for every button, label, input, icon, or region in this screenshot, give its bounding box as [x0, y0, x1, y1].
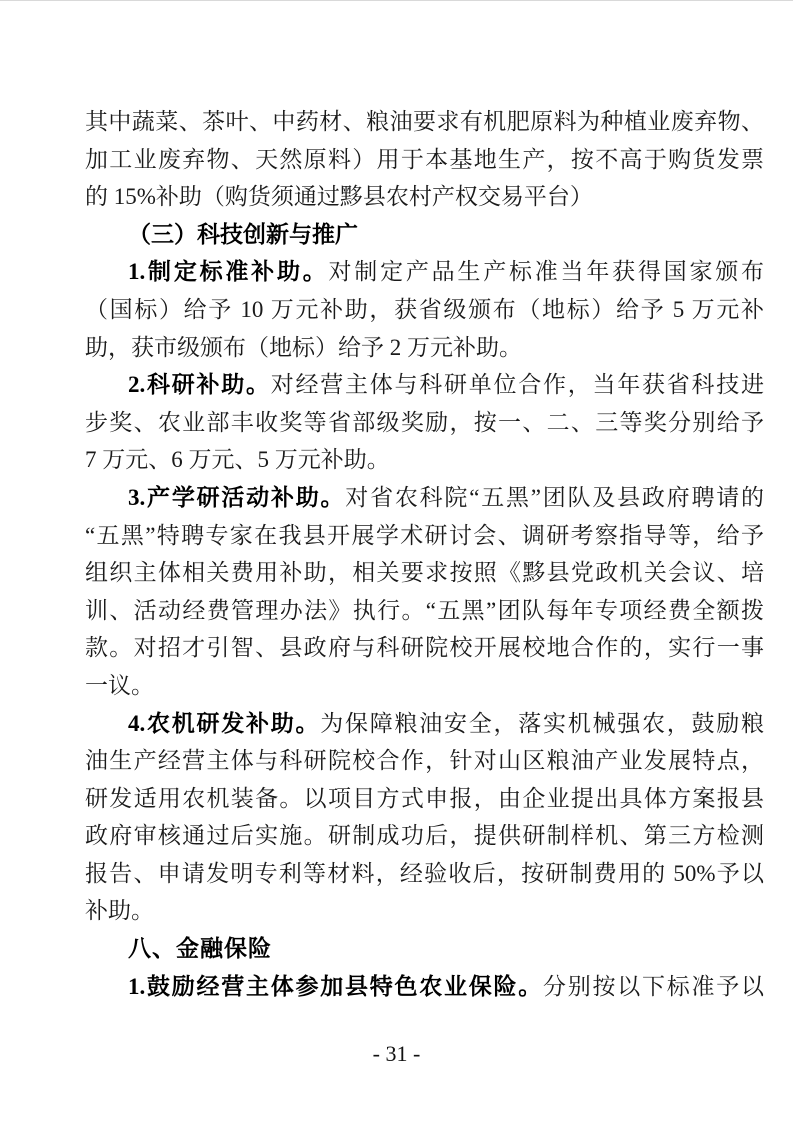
text-run: 其中蔬菜、茶叶、中药材、粮油要求有机肥原料为种植业废弃物、 — [85, 109, 764, 134]
text-run: 步奖、农业部丰收奖等省部级奖励，按一、二、三等奖分别给予 — [85, 410, 764, 435]
text-run: 油生产经营主体与科研院校合作，针对山区粮油产业发展特点， — [85, 748, 764, 773]
text-run: 一议。 — [85, 673, 154, 698]
text-run: 对制定产品生产标准当年获得国家颁布 — [329, 259, 765, 284]
page-number: - 31 - — [0, 1041, 793, 1067]
text-run: 分别按以下标准予以 — [543, 974, 764, 999]
text-line: （国标）给予 10 万元补助，获省级颁布（地标）给予 5 万元补 — [85, 291, 764, 329]
bold-run: 3.产学研活动补助。 — [128, 485, 345, 510]
text-run: 补助。 — [85, 898, 154, 923]
text-line: 加工业废弃物、天然原料）用于本基地生产，按不高于购货发票 — [85, 141, 764, 179]
text-run: 对经营主体与科研单位合作，当年获省科技进 — [271, 372, 764, 397]
text-run: 政府审核通过后实施。研制成功后，提供研制样机、第三方检测 — [85, 823, 764, 848]
document-page: 其中蔬菜、茶叶、中药材、粮油要求有机肥原料为种植业废弃物、 加工业废弃物、天然原… — [85, 103, 764, 1005]
text-run: （国标）给予 10 万元补助，获省级颁布（地标）给予 5 万元补 — [85, 297, 764, 322]
text-run: 为保障粮油安全，落实机械强农，鼓励粮 — [320, 711, 764, 736]
bold-run: 1.制定标准补助。 — [128, 259, 329, 284]
text-line: 报告、申请发明专利等材料，经验收后，按研制费用的 50%予以 — [85, 855, 764, 893]
page-top-edge — [0, 0, 793, 1]
heading-run: （三）科技创新与推广 — [128, 222, 358, 247]
text-run: 组织主体相关费用补助，相关要求按照《黟县党政机关会议、培 — [85, 560, 764, 585]
text-line: 训、活动经费管理办法》执行。“五黑”团队每年专项经费全额拨 — [85, 592, 764, 630]
heading-run: 八、金融保险 — [128, 935, 272, 961]
text-line: 的 15%补助（购货须通过黟县农村产权交易平台） — [85, 178, 764, 216]
section-heading-science-tech: （三）科技创新与推广 — [85, 216, 764, 254]
text-line: 研发适用农机装备。以项目方式申报，由企业提出具体方案报县 — [85, 780, 764, 818]
paragraph-first-line: 1.制定标准补助。对制定产品生产标准当年获得国家颁布 — [85, 253, 764, 291]
text-run: “五黑”特聘专家在我县开展学术研讨会、调研考察指导等，给予 — [85, 523, 764, 548]
text-line: 其中蔬菜、茶叶、中药材、粮油要求有机肥原料为种植业废弃物、 — [85, 103, 764, 141]
text-run: 训、活动经费管理办法》执行。“五黑”团队每年专项经费全额拨 — [85, 598, 764, 623]
text-line: 助，获市级颁布（地标）给予 2 万元补助。 — [85, 329, 764, 367]
text-run: 助，获市级颁布（地标）给予 2 万元补助。 — [85, 335, 522, 360]
text-line: 步奖、农业部丰收奖等省部级奖励，按一、二、三等奖分别给予 — [85, 404, 764, 442]
bold-run: 2.科研补助。 — [128, 372, 271, 397]
paragraph-first-line: 4.农机研发补助。为保障粮油安全，落实机械强农，鼓励粮 — [85, 705, 764, 743]
text-line: 7 万元、6 万元、5 万元补助。 — [85, 441, 764, 479]
text-line: “五黑”特聘专家在我县开展学术研讨会、调研考察指导等，给予 — [85, 517, 764, 555]
text-line: 一议。 — [85, 667, 764, 705]
paragraph-first-line: 1.鼓励经营主体参加县特色农业保险。分别按以下标准予以 — [85, 968, 764, 1006]
paragraph-first-line: 2.科研补助。对经营主体与科研单位合作，当年获省科技进 — [85, 366, 764, 404]
text-run: 研发适用农机装备。以项目方式申报，由企业提出具体方案报县 — [85, 786, 764, 811]
text-run: 的 15%补助（购货须通过黟县农村产权交易平台） — [85, 184, 593, 209]
bold-run: 1.鼓励经营主体参加县特色农业保险。 — [128, 974, 543, 999]
text-run: 加工业废弃物、天然原料）用于本基地生产，按不高于购货发票 — [85, 147, 764, 172]
text-line: 组织主体相关费用补助，相关要求按照《黟县党政机关会议、培 — [85, 554, 764, 592]
section-heading-finance-insurance: 八、金融保险 — [85, 930, 764, 968]
text-line: 油生产经营主体与科研院校合作，针对山区粮油产业发展特点， — [85, 742, 764, 780]
paragraph-first-line: 3.产学研活动补助。对省农科院“五黑”团队及县政府聘请的 — [85, 479, 764, 517]
text-run: 对省农科院“五黑”团队及县政府聘请的 — [345, 485, 764, 510]
text-run: 7 万元、6 万元、5 万元补助。 — [85, 447, 390, 472]
bold-run: 4.农机研发补助。 — [128, 711, 320, 736]
text-line: 政府审核通过后实施。研制成功后，提供研制样机、第三方检测 — [85, 817, 764, 855]
text-run: 款。对招才引智、县政府与科研院校开展校地合作的，实行一事 — [85, 635, 764, 660]
text-line: 款。对招才引智、县政府与科研院校开展校地合作的，实行一事 — [85, 629, 764, 667]
text-line: 补助。 — [85, 892, 764, 930]
text-run: 报告、申请发明专利等材料，经验收后，按研制费用的 50%予以 — [85, 861, 764, 886]
